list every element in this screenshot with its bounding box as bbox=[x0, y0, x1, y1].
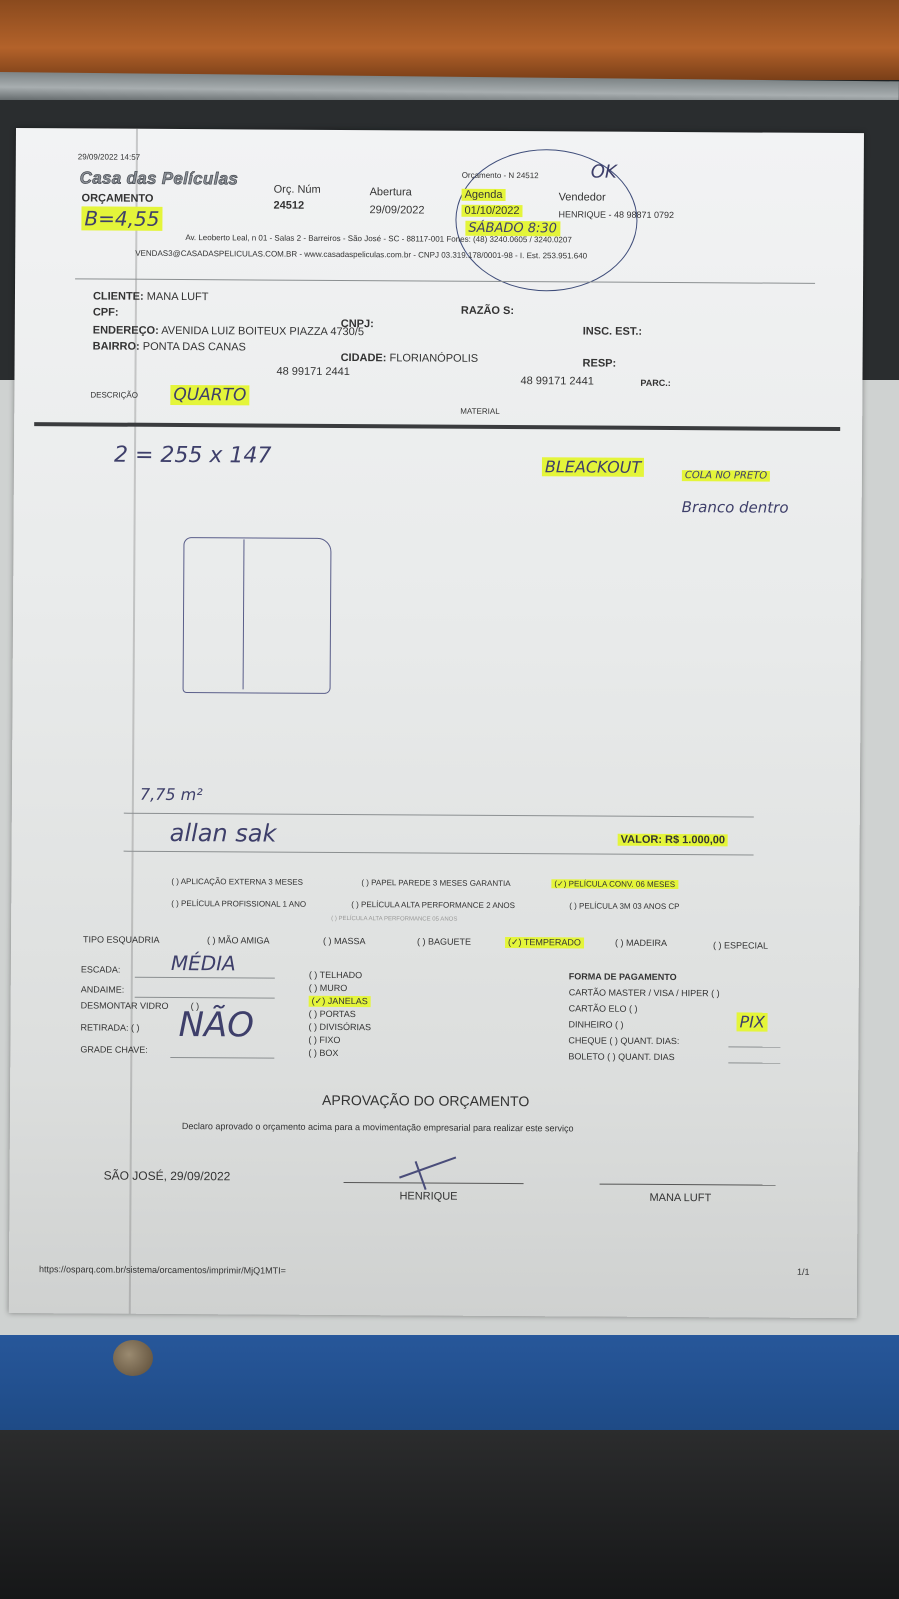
cidade-field: CIDADE: FLORIANÓPOLIS bbox=[341, 352, 479, 365]
grade-line bbox=[170, 1057, 274, 1059]
material-label: MATERIAL bbox=[460, 407, 499, 416]
approval-title: APROVAÇÃO DO ORÇAMENTO bbox=[322, 1092, 529, 1109]
desmontar-label: DESMONTAR VIDRO bbox=[81, 1000, 169, 1011]
vendedor-value: HENRIQUE - 48 98871 0792 bbox=[558, 209, 674, 220]
esquadria-baguete[interactable]: ( ) BAGUETE bbox=[417, 936, 471, 946]
payment-boleto[interactable]: BOLETO ( ) QUANT. DIAS bbox=[568, 1051, 674, 1062]
paper-fold bbox=[129, 129, 138, 1314]
floor-background bbox=[0, 1430, 899, 1599]
payment-title: FORMA DE PAGAMENTO bbox=[569, 971, 677, 982]
divider bbox=[124, 813, 754, 818]
service-pelicula-profissional[interactable]: ( ) PELÍCULA PROFISSIONAL 1 ANO bbox=[171, 899, 306, 909]
agenda-label: Agenda bbox=[462, 189, 506, 201]
esquadria-especial[interactable]: ( ) ESPECIAL bbox=[713, 940, 768, 950]
service-faded-row: ( ) PELÍCULA ALTA PERFORMANCE 05 ANOS bbox=[331, 916, 457, 923]
phone-1: 48 99171 2441 bbox=[276, 366, 349, 378]
location-muro[interactable]: ( ) MURO bbox=[309, 983, 348, 993]
film-note-2: COLA NO PRETO bbox=[682, 470, 770, 482]
contact-line: VENDAS3@CASADASPELICULAS.COM.BR - www.ca… bbox=[135, 249, 587, 261]
abertura-label: Abertura bbox=[370, 186, 412, 198]
service-pelicula-3m[interactable]: ( ) PELÍCULA 3M 03 ANOS CP bbox=[569, 901, 679, 911]
razao-label: RAZÃO S: bbox=[461, 305, 514, 317]
bairro-field: BAIRRO: PONTA DAS CANAS bbox=[93, 340, 246, 353]
handwritten-b-note: B=4,55 bbox=[81, 206, 162, 230]
handwritten-nao: NÃO bbox=[178, 1005, 254, 1045]
film-note-3: Branco dentro bbox=[682, 498, 789, 517]
andaime-line bbox=[135, 997, 275, 999]
esquadria-mao-amiga[interactable]: ( ) MÃO AMIGA bbox=[207, 935, 270, 945]
esquadria-temperado[interactable]: (✓) TEMPERADO bbox=[505, 937, 584, 948]
payment-elo[interactable]: CARTÃO ELO ( ) bbox=[569, 1003, 638, 1013]
signer-2: MANA LUFT bbox=[649, 1192, 711, 1204]
esquadria-massa[interactable]: ( ) MASSA bbox=[323, 936, 366, 946]
location-portas[interactable]: ( ) PORTAS bbox=[309, 1009, 356, 1019]
escada-value: MÉDIA bbox=[171, 951, 236, 975]
quote-document: 29/09/2022 14:57 Casa das Películas ORÇA… bbox=[9, 128, 864, 1318]
window-sketch bbox=[183, 537, 332, 694]
footer-url: https://osparq.com.br/sistema/orcamentos… bbox=[39, 1264, 286, 1276]
grade-chave-label: GRADE CHAVE: bbox=[80, 1044, 147, 1054]
valor-total: VALOR: R$ 1.000,00 bbox=[618, 834, 728, 847]
address-line: Av. Leoberto Leal, n 01 - Salas 2 - Barr… bbox=[185, 233, 572, 244]
escada-label: ESCADA: bbox=[81, 964, 121, 974]
signature-mark bbox=[399, 1157, 456, 1179]
orc-num-label: Orç. Núm bbox=[274, 184, 321, 196]
location-janelas[interactable]: (✓) JANELAS bbox=[309, 996, 371, 1007]
esquadria-label: TIPO ESQUADRIA bbox=[83, 934, 160, 944]
orc-num-value: 24512 bbox=[273, 200, 304, 212]
area-note: 7,75 m² bbox=[140, 785, 203, 804]
vendedor-label: Vendedor bbox=[559, 191, 606, 203]
resp-label: RESP: bbox=[583, 357, 617, 369]
film-note: BLEACKOUT bbox=[542, 457, 644, 477]
insc-label: INSC. EST.: bbox=[583, 325, 642, 337]
abertura-value: 29/09/2022 bbox=[369, 204, 424, 216]
descricao-value: QUARTO bbox=[170, 385, 249, 405]
doc-type: ORÇAMENTO bbox=[82, 192, 154, 204]
location-fixo[interactable]: ( ) FIXO bbox=[308, 1035, 340, 1045]
handwritten-ok: OK bbox=[591, 162, 617, 183]
approval-declaration: Declaro aprovado o orçamento acima para … bbox=[182, 1121, 574, 1133]
divider bbox=[124, 851, 754, 856]
signature-line-2 bbox=[600, 1184, 776, 1186]
agenda-value: 01/10/2022 bbox=[461, 205, 522, 217]
service-papel-parede[interactable]: ( ) PAPEL PAREDE 3 MESES GARANTIA bbox=[361, 878, 510, 888]
signer-1: HENRIQUE bbox=[399, 1190, 457, 1202]
orcamento-ref: Orçamento - N 24512 bbox=[462, 171, 539, 180]
handwritten-name: allan sak bbox=[170, 819, 277, 848]
payment-cheque[interactable]: CHEQUE ( ) QUANT. DIAS: bbox=[568, 1035, 679, 1046]
parc-label: PARC.: bbox=[640, 378, 670, 388]
signature-line-1 bbox=[344, 1182, 524, 1184]
payment-master[interactable]: CARTÃO MASTER / VISA / HIPER ( ) bbox=[569, 987, 720, 998]
escada-line bbox=[135, 977, 275, 979]
signature-mark bbox=[415, 1161, 427, 1190]
descricao-label: DESCRIÇÃO bbox=[90, 390, 138, 399]
cheque-days-line bbox=[728, 1046, 780, 1047]
service-pelicula-conv[interactable]: (✓) PELÍCULA CONV. 06 MESES bbox=[551, 879, 678, 889]
retirada-checkbox[interactable]: RETIRADA: ( ) bbox=[80, 1022, 139, 1032]
cpf-label: CPF: bbox=[93, 306, 119, 318]
print-timestamp: 29/09/2022 14:57 bbox=[78, 152, 140, 161]
phone-2: 48 99171 2441 bbox=[520, 375, 593, 387]
payment-dinheiro[interactable]: DINHEIRO ( ) bbox=[569, 1019, 624, 1029]
location-telhado[interactable]: ( ) TELHADO bbox=[309, 970, 362, 980]
thick-divider bbox=[34, 422, 840, 431]
handwritten-pix: PIX bbox=[736, 1012, 767, 1031]
endereco-field: ENDEREÇO: AVENIDA LUIZ BOITEUX PIAZZA 47… bbox=[93, 324, 364, 338]
place-date: SÃO JOSÉ, 29/09/2022 bbox=[104, 1169, 231, 1184]
page-number: 1/1 bbox=[797, 1267, 810, 1277]
company-logo: Casa das Películas bbox=[80, 168, 239, 189]
cliente-field: CLIENTE: MANA LUFT bbox=[93, 290, 209, 303]
service-aplicacao-externa[interactable]: ( ) APLICAÇÃO EXTERNA 3 MESES bbox=[171, 877, 303, 887]
wood-background bbox=[0, 0, 899, 80]
divider bbox=[75, 278, 815, 284]
location-box[interactable]: ( ) BOX bbox=[308, 1048, 338, 1058]
andaime-label: ANDAIME: bbox=[81, 984, 125, 994]
esquadria-madeira[interactable]: ( ) MADEIRA bbox=[615, 938, 667, 948]
screw-icon bbox=[113, 1340, 153, 1376]
location-divisorias[interactable]: ( ) DIVISÓRIAS bbox=[308, 1022, 371, 1032]
measurement-note: 2 = 255 x 147 bbox=[114, 443, 272, 469]
boleto-days-line bbox=[728, 1062, 780, 1063]
service-pelicula-alta-performance[interactable]: ( ) PELÍCULA ALTA PERFORMANCE 2 ANOS bbox=[351, 900, 515, 910]
